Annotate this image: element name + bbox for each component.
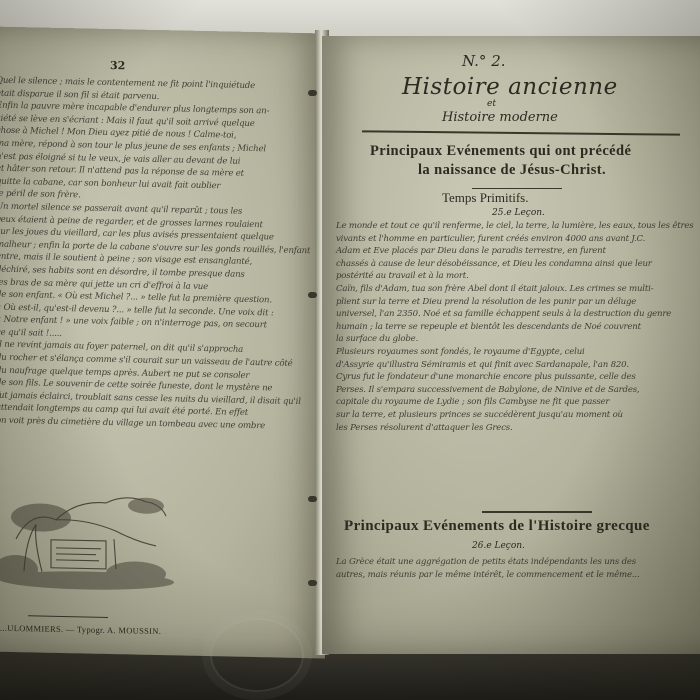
section1-handwriting: Le monde et tout ce qu'il renferme, le c…: [336, 220, 700, 434]
heading-underline: [472, 188, 562, 189]
handwritten-line: vivants et l'homme en particulier, furen…: [336, 233, 700, 246]
handwritten-line: humain ; la terre se repeuple et bientôt…: [336, 321, 700, 334]
binding-thread: [308, 496, 317, 502]
lens-glare: [210, 618, 304, 692]
handwritten-line: capitale du royaume de Lydie ; son fils …: [336, 396, 700, 409]
handwritten-line: chassés à cause de leur désobéissance, e…: [336, 258, 700, 271]
handwritten-line: d'Assyrie qu'illustra Sémiramis et qui f…: [336, 359, 700, 372]
lesson-label: 25.e Leçon.: [492, 208, 545, 218]
right-page: N.° 2. Histoire ancienne et Histoire mod…: [322, 36, 700, 654]
handwritten-line: Adam et Eve placés par Dieu dans le para…: [336, 245, 700, 258]
handwritten-line: Caïn, fils d'Adam, tua son frère Abel do…: [336, 283, 700, 296]
title-conjunction: et: [487, 99, 496, 109]
left-page: 32 Quel le silence ; mais le contentemen…: [0, 26, 325, 658]
handwritten-line: Perses. Il s'empara successivement de Ba…: [336, 384, 700, 397]
section1-heading: Principaux Evénements qui ont précédé la…: [370, 142, 700, 180]
handwritten-line: les Perses résolurent d'attaquer les Gre…: [336, 422, 700, 435]
tomb-vignette-illustration: [0, 479, 176, 603]
page-subtitle: Histoire moderne: [442, 110, 558, 125]
handwritten-line: la surface du globe.: [336, 333, 700, 346]
lesson-label: 26.e Leçon.: [472, 541, 525, 551]
title-rule: [362, 130, 680, 135]
binding-thread: [308, 90, 317, 96]
handwritten-line: Plusieurs royaumes sont fondés, le royau…: [336, 346, 700, 359]
section2-handwriting: La Grèce était une aggrégation de petits…: [336, 556, 700, 581]
handwritten-line: autres, mais réunis par le même intérêt,…: [336, 569, 700, 582]
handwritten-line: sur la terre, et plusieurs princes se su…: [336, 409, 700, 422]
printer-imprint: ...ULOMMIERS. — Typogr. A. MOUSSIN.: [0, 623, 161, 636]
handwritten-line: Cyrus fut le fondateur d'une monarchie e…: [336, 371, 700, 384]
binding-thread: [308, 580, 317, 586]
binding-thread: [308, 292, 317, 298]
handwritten-line: plient sur la terre et Dieu prend la rés…: [336, 296, 700, 309]
left-page-handwriting: Quel le silence ; mais le contentement n…: [0, 75, 296, 434]
handwritten-line: La Grèce était une aggrégation de petits…: [336, 556, 700, 569]
page-number: 32: [110, 59, 125, 72]
section2-heading: Principaux Evénements de l'Histoire grec…: [344, 518, 650, 535]
handwritten-line: postérité au travail et à la mort.: [336, 270, 700, 283]
section1-heading-line1: Principaux Evénements qui ont précédé: [370, 143, 631, 159]
notebook-number: N.° 2.: [462, 52, 506, 70]
divider-rule: [28, 615, 108, 618]
section-divider: [482, 511, 592, 513]
section1-subheading: Temps Primitifs.: [442, 190, 528, 206]
section1-heading-line2: la naissance de Jésus-Christ.: [370, 161, 700, 180]
handwritten-line: Le monde et tout ce qu'il renferme, le c…: [336, 220, 700, 233]
page-title: Histoire ancienne: [402, 74, 618, 100]
handwritten-line: universel, l'an 2350. Noé et sa famille …: [336, 308, 700, 321]
